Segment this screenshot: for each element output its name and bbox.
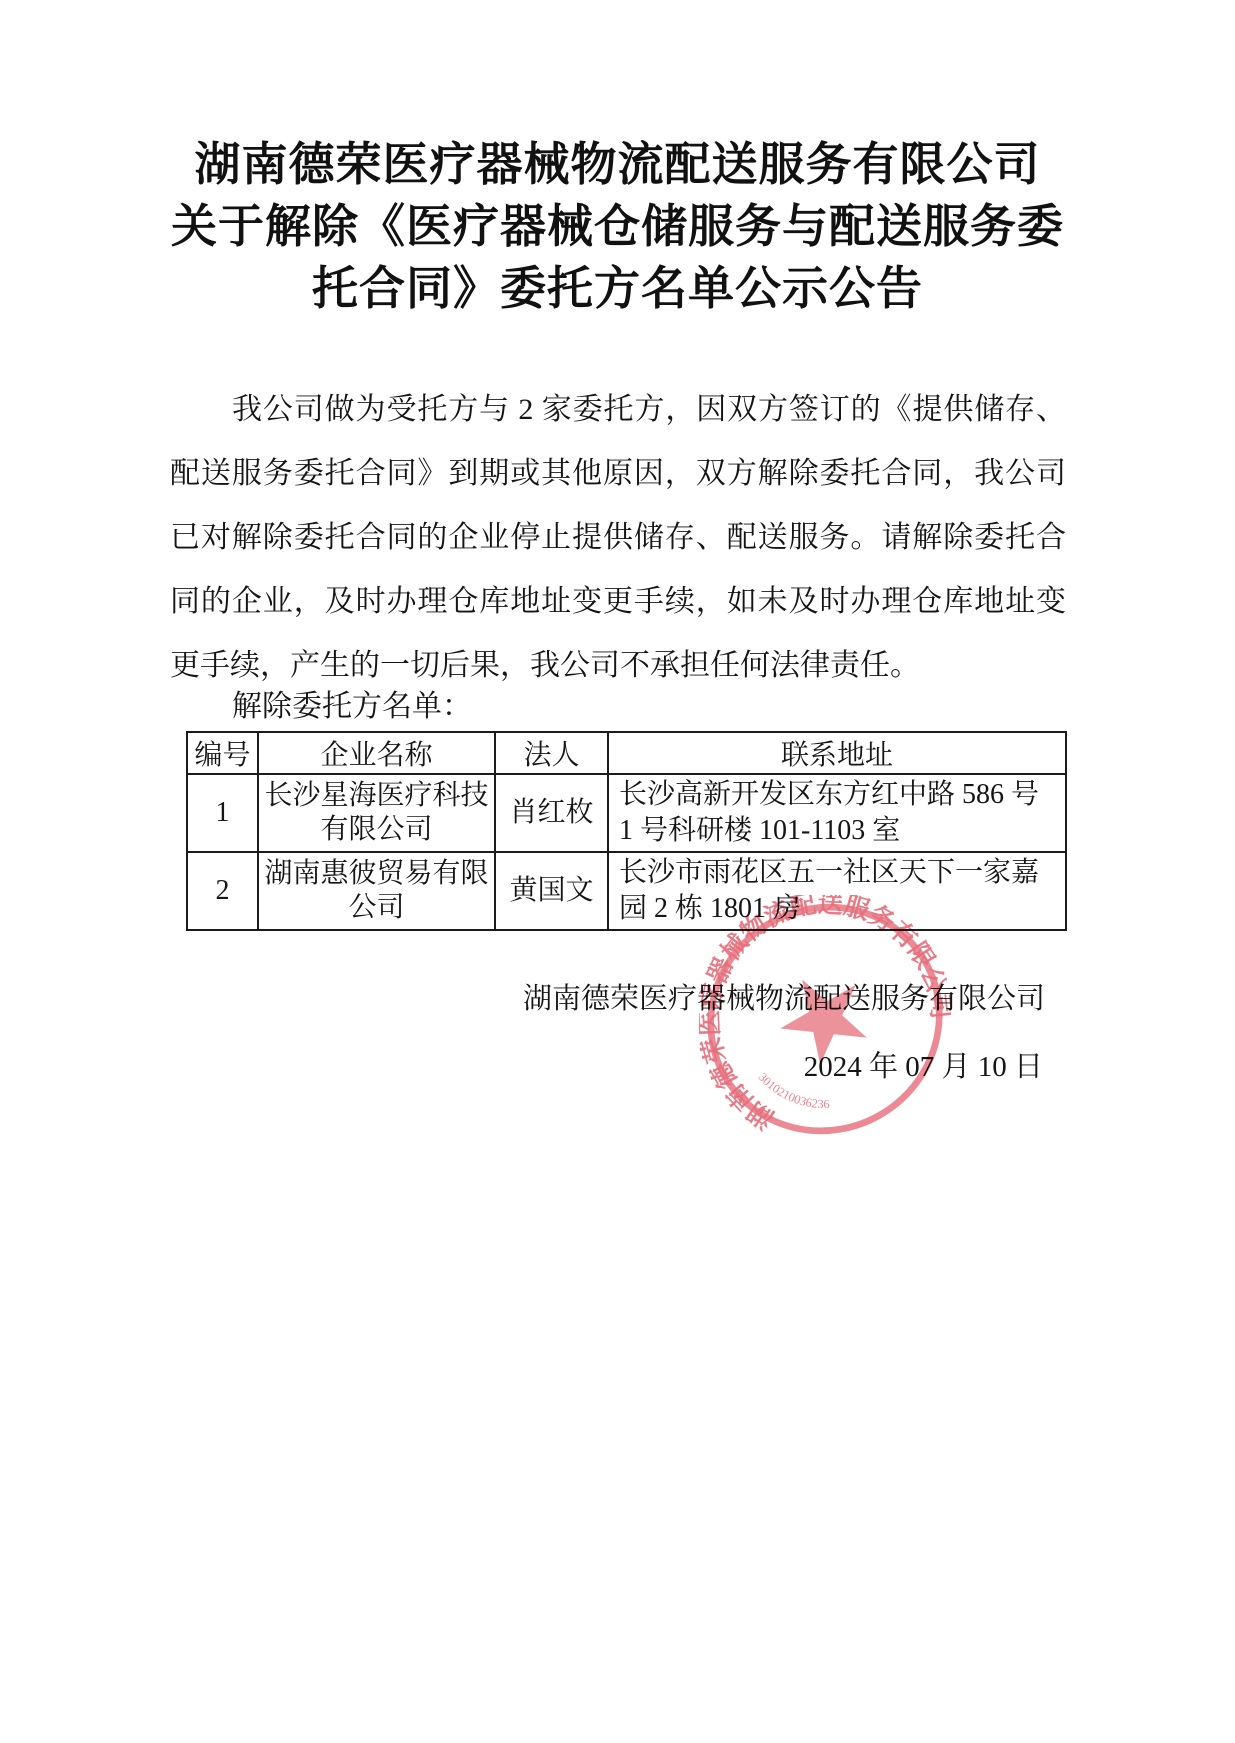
- cell-company: 湖南惠彼贸易有限公司: [258, 852, 495, 930]
- table-row: 1 长沙星海医疗科技有限公司 肖红枚 长沙高新开发区东方红中路 586 号 1 …: [187, 774, 1066, 852]
- header-no: 编号: [187, 732, 258, 774]
- header-company: 企业名称: [258, 732, 495, 774]
- body-paragraph: 我公司做为受托方与 2 家委托方，因双方签订的《提供储存、配送服务委托合同》到期…: [170, 378, 1066, 698]
- cell-address: 长沙高新开发区东方红中路 586 号 1 号科研楼 101-1103 室: [608, 774, 1066, 852]
- cell-legal-person: 黄国文: [495, 852, 608, 930]
- document-title: 湖南德荣医疗器械物流配送服务有限公司 关于解除《医疗器械仓储服务与配送服务委 托…: [0, 134, 1235, 320]
- list-heading: 解除委托方名单：: [232, 681, 472, 725]
- table-header-row: 编号 企业名称 法人 联系地址: [187, 732, 1066, 774]
- title-line-3: 托合同》委托方名单公示公告: [0, 258, 1235, 320]
- star-icon: [764, 958, 881, 1073]
- header-legal-person: 法人: [495, 732, 608, 774]
- title-line-2: 关于解除《医疗器械仓储服务与配送服务委: [0, 196, 1235, 258]
- header-address: 联系地址: [608, 732, 1066, 774]
- cell-legal-person: 肖红枚: [495, 774, 608, 852]
- cell-no: 1: [187, 774, 258, 852]
- cell-no: 2: [187, 852, 258, 930]
- company-stamp: 湖南德荣医疗器械物流配送服务有限公司 3010210036236: [699, 895, 951, 1143]
- cell-company: 长沙星海医疗科技有限公司: [258, 774, 495, 852]
- title-line-1: 湖南德荣医疗器械物流配送服务有限公司: [0, 134, 1235, 196]
- announcement-document: 湖南德荣医疗器械物流配送服务有限公司 关于解除《医疗器械仓储服务与配送服务委 托…: [0, 0, 1235, 1743]
